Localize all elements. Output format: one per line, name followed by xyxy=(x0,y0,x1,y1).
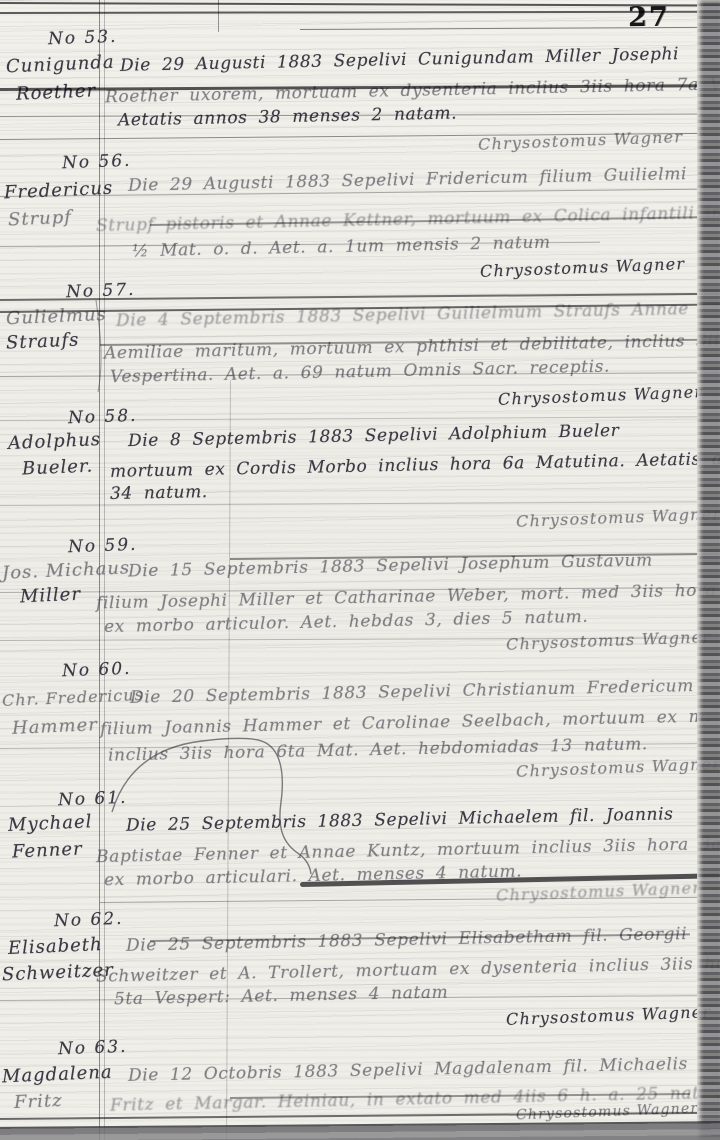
entry-body-line: filium Josephi Miller et Catharinae Webe… xyxy=(96,579,720,614)
entry-number: No 63. xyxy=(58,1037,128,1059)
entry-margin-name: Gulielmus xyxy=(6,304,108,329)
entry-margin-name: Roether xyxy=(16,80,97,104)
register-page-scan: 27 No 53. Cunigunda Roether Die 29 Augus… xyxy=(0,0,720,1140)
column-rule-top-tick xyxy=(218,0,219,32)
entry-number: No 60. xyxy=(62,659,132,681)
entry-body-line: Die 20 Septembris 1883 Sepelivi Christia… xyxy=(130,676,694,708)
entry-number: No 62. xyxy=(54,909,124,931)
scan-artifact-line xyxy=(0,2,720,7)
scan-edge-bottom xyxy=(0,1121,720,1140)
priest-signature: Chrysostomus Wagner xyxy=(516,504,720,531)
entry-number: No 58. xyxy=(68,406,138,428)
entry-margin-name: Fredericus xyxy=(4,178,114,204)
priest-signature: Chrysostomus Wagner xyxy=(478,127,684,154)
priest-signature: Chrysostomus Wagner xyxy=(516,754,720,781)
entry-margin-name: Mychael xyxy=(8,811,93,836)
entry-body-line: 5ta Vespert: Aet. menses 4 natam xyxy=(114,983,449,1010)
entry-body-line: ex morbo articulari. Aet. menses 4 natum… xyxy=(104,862,523,891)
priest-signature: Chrysostomus Wagner xyxy=(498,382,704,409)
entry-body-line: Die 25 Septembris 1883 Sepelivi Michaele… xyxy=(126,804,674,835)
entry-margin-name: Straufs xyxy=(6,329,80,353)
entry-body-line: Die 29 Augusti 1883 Sepelivi Fridericum … xyxy=(128,164,687,196)
entry-body-line: Die 29 Augusti 1883 Sepelivi Cunigundam … xyxy=(120,44,679,76)
entry-body-line: Schweitzer et A. Trollert, mortuam ex dy… xyxy=(96,953,720,987)
entry-body-line: Die 8 Septembris 1883 Sepelivi Adolphium… xyxy=(128,421,620,451)
entry-body-line: mortuum ex Cordis Morbo inclius hora 6a … xyxy=(110,448,720,482)
entry-margin-name: Fenner xyxy=(12,838,83,862)
entry-margin-name: Magdalena xyxy=(2,1062,113,1088)
entry-body-line: Roether uxorem, mortuam ex dysenteria in… xyxy=(105,73,720,108)
entry-margin-name: Miller xyxy=(20,584,82,608)
entry-margin-name: Strupf xyxy=(8,207,73,231)
entry-number: No 61. xyxy=(58,788,128,810)
priest-signature: Chrysostomus Wagner xyxy=(506,627,712,654)
entry-margin-name: Adolphus xyxy=(8,429,102,454)
entry-number: No 56. xyxy=(62,151,132,173)
entry-body-line: 34 natum. xyxy=(110,482,208,504)
priest-signature: Chrysostomus Wagner xyxy=(506,1002,712,1029)
entry-body-line: Die 12 Octobris 1883 Sepelivi Magdalenam… xyxy=(128,1054,688,1086)
priest-signature: Chrysostomus Wagner xyxy=(496,878,702,905)
entry-margin-name: Fritz xyxy=(14,1090,63,1113)
scan-artifact-line xyxy=(0,11,720,14)
entry-body-line: ½ Mat. o. d. Aet. a. 1um mensis 2 natum xyxy=(132,233,551,262)
entry-margin-name: Bueler. xyxy=(22,455,94,479)
entry-margin-name: Elisabeth xyxy=(8,934,103,959)
entry-body-line: Die 25 Septembris 1883 Sepelivi Elisabet… xyxy=(126,924,688,956)
scan-artifact-line xyxy=(0,501,720,506)
entry-body-line: Die 4 Septembris 1883 Sepelivi Guilielmu… xyxy=(116,299,689,331)
entry-margin-name: Jos. Michaus xyxy=(2,557,131,584)
entry-body-line: Die 15 Septembris 1883 Sepelivi Josephum… xyxy=(128,551,653,582)
entry-margin-name: Chr. Fredericus xyxy=(2,685,144,710)
priest-signature: Chrysostomus Wagner xyxy=(480,254,686,281)
page-number: 27 xyxy=(628,2,670,33)
entry-number: No 59. xyxy=(68,535,138,557)
entry-body-line: Aemiliae maritum, mortuum ex phthisi et … xyxy=(104,328,720,363)
entry-number: No 57. xyxy=(66,280,136,302)
entry-body-line: Aetatis annos 38 menses 2 natam. xyxy=(118,103,458,130)
entry-body-line: Strupf pistoris et Annae Kettner, mortuu… xyxy=(96,200,720,236)
entry-margin-name: Hammer xyxy=(12,714,99,739)
entry-number: No 53. xyxy=(48,27,118,49)
entry-body-line: Baptistae Fenner et Annae Kuntz, mortuum… xyxy=(96,833,720,867)
entry-margin-name: Cunigunda xyxy=(6,52,116,78)
